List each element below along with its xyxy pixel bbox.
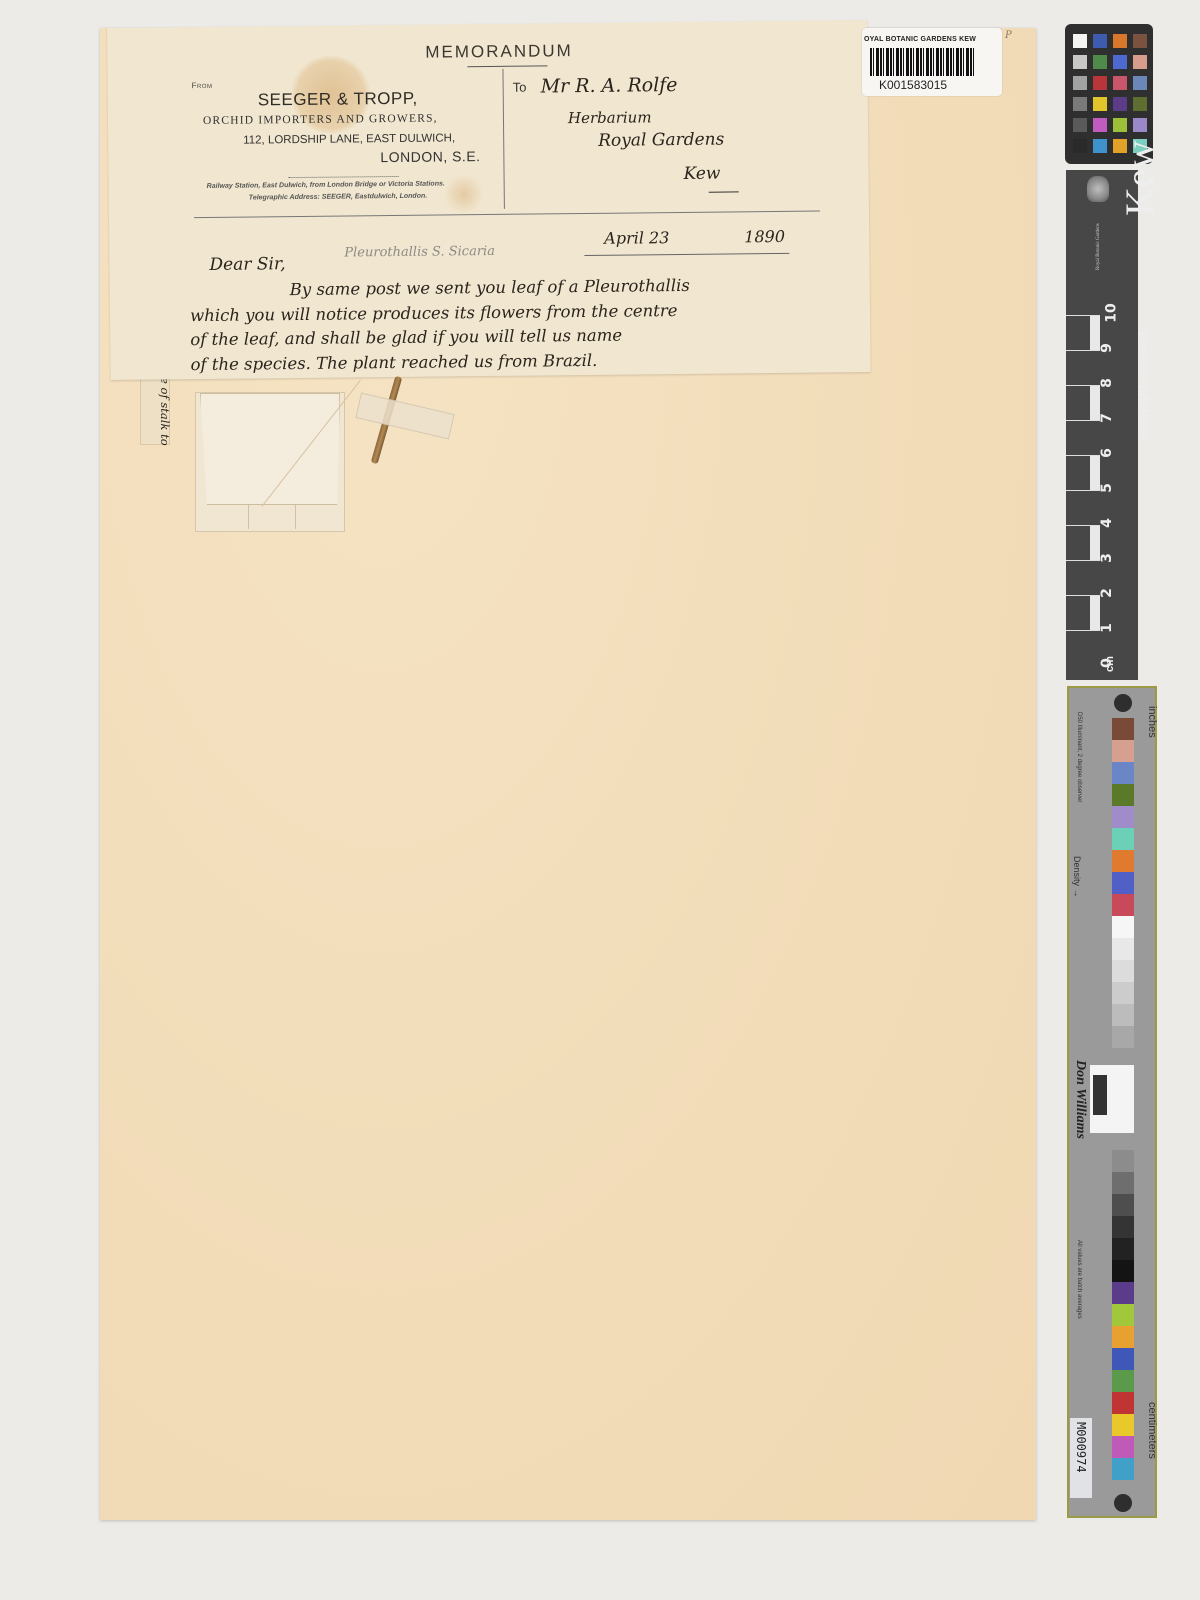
address-line-2: LONDON, S.E. bbox=[380, 148, 480, 165]
divider bbox=[194, 211, 820, 219]
kew-crest-icon bbox=[1087, 176, 1109, 202]
color-swatch bbox=[1113, 34, 1127, 48]
color-patch bbox=[1112, 960, 1134, 982]
title-rule bbox=[467, 65, 547, 67]
color-swatch bbox=[1093, 76, 1107, 90]
ruler-segment bbox=[1066, 455, 1100, 490]
color-swatch bbox=[1133, 97, 1147, 111]
color-swatch bbox=[1093, 118, 1107, 132]
barcode-id: K001583015 bbox=[879, 78, 947, 92]
color-patch bbox=[1112, 1282, 1134, 1304]
color-swatch bbox=[1073, 139, 1087, 153]
divider bbox=[502, 69, 504, 209]
ruler-number: 1 bbox=[1099, 623, 1115, 633]
address-line-1: 112, LORDSHIP LANE, EAST DULWICH, bbox=[243, 132, 455, 146]
letter-year: 1890 bbox=[744, 227, 785, 246]
color-patch bbox=[1112, 1458, 1134, 1480]
salutation: Dear Sir, bbox=[209, 254, 285, 275]
ruler-segment bbox=[1066, 630, 1100, 665]
ruler-segment bbox=[1066, 315, 1100, 350]
company-tagline: ORCHID IMPORTERS AND GROWERS, bbox=[203, 113, 438, 127]
strip-id: M000974 bbox=[1074, 1422, 1088, 1473]
color-patch bbox=[1112, 1216, 1134, 1238]
packet-flap bbox=[200, 393, 340, 505]
color-patch bbox=[1112, 1172, 1134, 1194]
color-swatch bbox=[1133, 76, 1147, 90]
color-patch bbox=[1112, 718, 1134, 740]
recipient-line-4: Kew bbox=[683, 164, 720, 184]
body-line: of the leaf, and shall be glad if you wi… bbox=[190, 326, 622, 350]
sheet-mark: P bbox=[1005, 30, 1012, 41]
strip-title-inches: inches bbox=[1146, 706, 1158, 738]
color-patch bbox=[1112, 1194, 1134, 1216]
ruler-number: 6 bbox=[1099, 448, 1115, 458]
to-label: To bbox=[513, 80, 527, 95]
recipient-line-3: Royal Gardens bbox=[598, 130, 724, 151]
ruler-segment bbox=[1066, 560, 1100, 595]
color-patch bbox=[1112, 740, 1134, 762]
color-patch bbox=[1112, 916, 1134, 938]
color-patch bbox=[1112, 1370, 1134, 1392]
date-rule bbox=[584, 253, 789, 256]
barcode-label: OYAL BOTANIC GARDENS KEW K001583015 bbox=[862, 28, 1002, 96]
ruler-number: 3 bbox=[1099, 553, 1115, 563]
from-label: From bbox=[192, 81, 213, 90]
color-patch bbox=[1112, 762, 1134, 784]
body-line: By same post we sent you leaf of a Pleur… bbox=[290, 276, 690, 299]
ruler-segment bbox=[1066, 420, 1100, 455]
color-patch bbox=[1112, 1150, 1134, 1172]
color-patch bbox=[1112, 1326, 1134, 1348]
color-patch bbox=[1112, 828, 1134, 850]
ruler-number: 5 bbox=[1099, 483, 1115, 493]
ruler-segment bbox=[1066, 385, 1100, 420]
color-patch bbox=[1112, 894, 1134, 916]
body-line: which you will notice produces its flowe… bbox=[190, 301, 678, 325]
color-swatch bbox=[1093, 34, 1107, 48]
color-swatch bbox=[1093, 139, 1107, 153]
color-patch bbox=[1112, 850, 1134, 872]
color-swatch bbox=[1133, 34, 1147, 48]
strip-brand: Don Williams bbox=[1072, 1060, 1088, 1139]
color-patch bbox=[1112, 784, 1134, 806]
copyright-notice: copyright reserved bbox=[1136, 332, 1150, 440]
color-swatch bbox=[1133, 118, 1147, 132]
pencil-determination: Pleurothallis S. Sicaria bbox=[344, 244, 495, 261]
unit-label: cm bbox=[1104, 656, 1116, 672]
ruler-number: 8 bbox=[1099, 378, 1115, 388]
packet-tab bbox=[248, 505, 296, 529]
ruler-segment bbox=[1066, 595, 1100, 630]
color-swatch bbox=[1113, 118, 1127, 132]
color-patch bbox=[1112, 1260, 1134, 1282]
cm-ruler bbox=[1066, 315, 1100, 670]
color-patch bbox=[1112, 806, 1134, 828]
kew-logo: Kew bbox=[1116, 140, 1163, 216]
railway-info: Railway Station, East Dulwich, from Lond… bbox=[207, 180, 445, 189]
illuminant-note: D50 Illuminant, 2 degree observer bbox=[1076, 712, 1082, 802]
institution-name: OYAL BOTANIC GARDENS KEW bbox=[864, 36, 976, 43]
ruler-segment bbox=[1066, 525, 1100, 560]
kew-logo-subtitle: Royal Botanic Gardens bbox=[1096, 223, 1101, 270]
color-swatch bbox=[1073, 97, 1087, 111]
color-swatch bbox=[1093, 97, 1107, 111]
color-patch bbox=[1112, 1348, 1134, 1370]
telegraph-info: Telegraphic Address: SEEGER, Eastdulwich… bbox=[249, 193, 427, 202]
company-name: SEEGER & TROPP, bbox=[258, 89, 418, 111]
ruler-segment bbox=[1066, 490, 1100, 525]
color-swatch bbox=[1113, 55, 1127, 69]
color-swatch bbox=[1093, 55, 1107, 69]
body-line: of the species. The plant reached us fro… bbox=[190, 351, 597, 374]
ruler-number: 9 bbox=[1099, 343, 1115, 353]
color-patch bbox=[1112, 1238, 1134, 1260]
color-swatch bbox=[1113, 97, 1127, 111]
ruler-number: 2 bbox=[1099, 588, 1115, 598]
color-patch bbox=[1112, 872, 1134, 894]
letter-date: April 23 bbox=[604, 228, 669, 248]
averages-note: All values are batch averages bbox=[1076, 1240, 1082, 1319]
color-swatch bbox=[1113, 76, 1127, 90]
recipient-name: Mr R. A. Rolfe bbox=[541, 74, 678, 97]
color-patch bbox=[1112, 1392, 1134, 1414]
memorandum-letter: MEMORANDUM From SEEGER & TROPP, ORCHID I… bbox=[107, 20, 871, 380]
color-patch bbox=[1112, 1304, 1134, 1326]
density-label: Density → bbox=[1072, 856, 1082, 898]
color-patch bbox=[1112, 1004, 1134, 1026]
color-patch bbox=[1112, 1436, 1134, 1458]
grey-wedge bbox=[1093, 1075, 1107, 1115]
ruler-number: 4 bbox=[1099, 518, 1115, 528]
strip-title-cm: centimeters bbox=[1146, 1402, 1158, 1459]
color-swatch bbox=[1073, 34, 1087, 48]
underline bbox=[709, 191, 739, 192]
color-swatch bbox=[1133, 55, 1147, 69]
stain bbox=[444, 174, 484, 214]
memo-title: MEMORANDUM bbox=[425, 41, 573, 63]
color-swatch bbox=[1073, 118, 1087, 132]
barcode-icon bbox=[870, 48, 975, 76]
recipient-line-2: Herbarium bbox=[568, 108, 652, 127]
color-patch bbox=[1112, 1414, 1134, 1436]
strip-hole bbox=[1114, 694, 1132, 712]
color-patch bbox=[1112, 938, 1134, 960]
color-swatch bbox=[1073, 55, 1087, 69]
strip-hole bbox=[1114, 1494, 1132, 1512]
color-patch bbox=[1112, 1026, 1134, 1048]
color-patch bbox=[1112, 982, 1134, 1004]
ruler-number: 10 bbox=[1104, 303, 1120, 322]
color-swatch bbox=[1073, 76, 1087, 90]
ruler-segment bbox=[1066, 350, 1100, 385]
ruler-number: 7 bbox=[1099, 413, 1115, 423]
ornament-rule bbox=[289, 173, 399, 178]
